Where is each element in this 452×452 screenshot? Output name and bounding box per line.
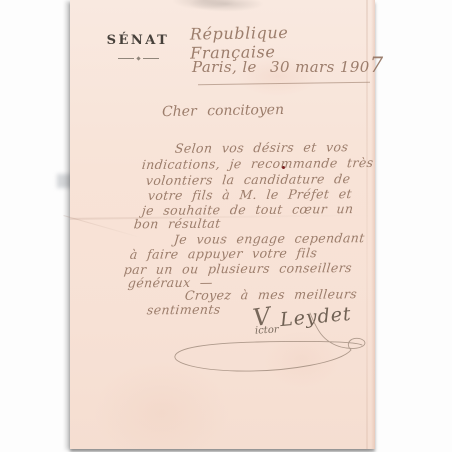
letterhead-ornament [114, 56, 162, 61]
paper-crease-diagonal [63, 215, 140, 238]
date-line: Paris, le 30 mars 1907 [192, 58, 383, 76]
date-value: 30 mars 190 [270, 58, 370, 76]
signature-flourish [165, 310, 375, 388]
scanned-letter-view: SÉNAT République Française Paris, le 30 … [0, 0, 452, 452]
paper-smudge [188, 0, 264, 12]
body-line-2: indications, je recommande très [141, 155, 374, 172]
ornament-diamond [136, 56, 140, 60]
date-year-digit: 7 [370, 53, 384, 77]
letter-paper: SÉNAT République Française Paris, le 30 … [70, 0, 375, 449]
ornament-line-right [143, 58, 159, 59]
body-line-6: bon résultat [133, 216, 221, 232]
ornament-line-left [118, 58, 134, 59]
senate-wordmark: SÉNAT [98, 33, 178, 48]
date-underline-flourish [198, 82, 370, 85]
closing-line-1: Croyez à mes meilleurs [184, 286, 358, 303]
body-line-8: à faire appuyer votre fils [129, 245, 318, 262]
red-ink-dot [282, 166, 285, 169]
republique-francaise-heading: République Française [190, 21, 376, 62]
body-line-7: Je vous engage cependant [173, 230, 365, 247]
date-prefix: Paris, le [192, 58, 257, 76]
body-line-1: Selon vos désirs et vos [174, 139, 349, 156]
greeting-line: Cher concitoyen [162, 102, 284, 120]
body-line-3: volontiers la candidature de [145, 171, 351, 188]
